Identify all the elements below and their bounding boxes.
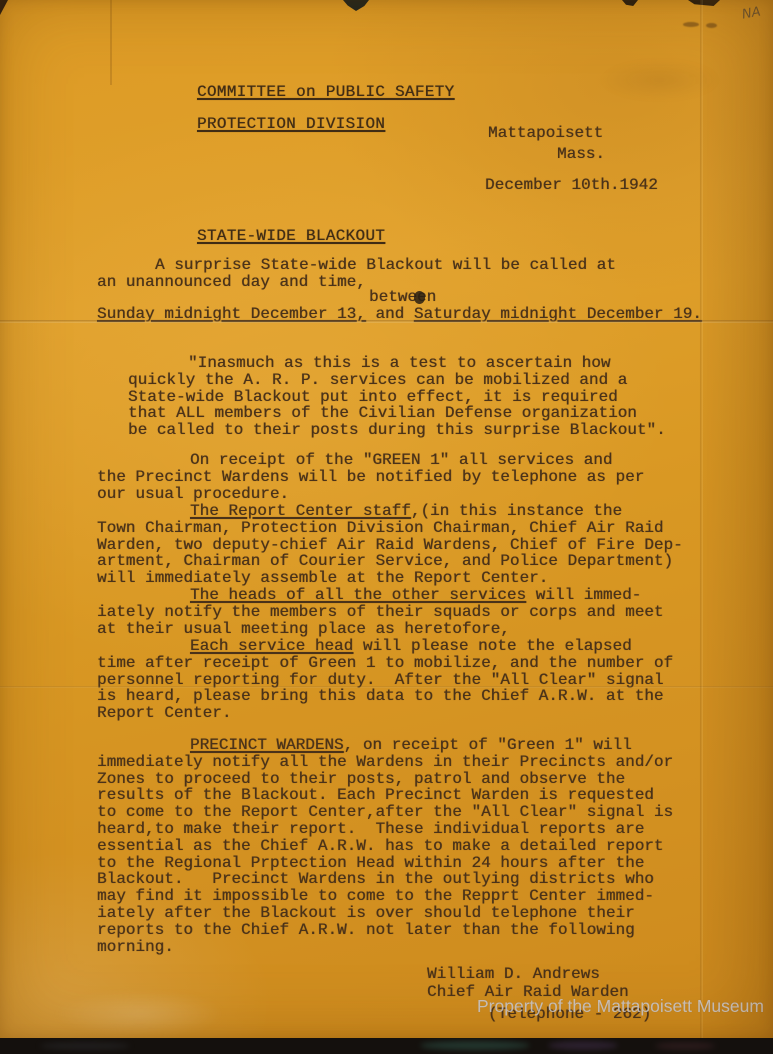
- handwritten-annotation: NA: [741, 4, 762, 22]
- paragraph-precinct-wardens: PRECINCT WARDENS, on receipt of "Green 1…: [97, 737, 737, 955]
- paper-crease-vertical-left: [110, 0, 112, 85]
- blackout-window-line: Sunday midnight December 13, and Saturda…: [97, 306, 702, 323]
- paragraph-service-heads: The heads of all the other services will…: [97, 587, 737, 637]
- report-center-lead: The Report Center staff: [190, 502, 411, 520]
- service-head-note-rest: will please note the elapsed time after …: [97, 637, 673, 722]
- date-line: December 10th.1942: [485, 177, 658, 194]
- paragraph-report-center: The Report Center staff,(in this instanc…: [97, 503, 737, 587]
- paragraph-green1: On receipt of the "GREEN 1" all services…: [97, 452, 737, 502]
- paper-tear-top-center: [343, 0, 369, 11]
- scan-artifact-red: [655, 1042, 715, 1050]
- paper-tear-top-left: [0, 0, 8, 15]
- precinct-wardens-rest: , on receipt of "Green 1" will immediate…: [97, 736, 673, 956]
- precinct-wardens-lead: PRECINCT WARDENS: [190, 736, 344, 754]
- document-page: COMMITTEE on PUBLIC SAFETY PROTECTION DI…: [0, 0, 773, 1038]
- signature-name: William D. Andrews: [427, 965, 600, 983]
- insertion-between: between: [369, 289, 436, 306]
- location-state: Mass.: [557, 146, 605, 163]
- ink-smudge-2: [706, 23, 717, 28]
- location-city: Mattapoisett: [488, 125, 603, 142]
- paragraph-quote: "Inasmuch as this is a test to ascertain…: [128, 355, 688, 439]
- scan-edge-bottom: [0, 1038, 773, 1054]
- scan-artifact-purple: [548, 1041, 618, 1050]
- paper-stain-bottom-left: [55, 990, 225, 1038]
- service-heads-lead: The heads of all the other services: [190, 586, 526, 604]
- paragraph-service-head-note: Each service head will please note the e…: [97, 638, 737, 722]
- paper-tear-top-right-small: [622, 0, 638, 6]
- window-end: Saturday midnight December 19.: [414, 305, 702, 323]
- scan-background: { "header": { "committee": "COMMITTEE on…: [0, 0, 773, 1054]
- scan-artifact-green: [420, 1041, 530, 1050]
- service-head-note-lead: Each service head: [190, 637, 353, 655]
- paragraph-intro: A surprise State-wide Blackout will be c…: [97, 257, 737, 291]
- ink-blot: [414, 291, 425, 304]
- heading-committee: COMMITTEE on PUBLIC SAFETY: [197, 84, 454, 101]
- ink-smudge-1: [683, 22, 699, 27]
- window-start: Sunday midnight December 13,: [97, 305, 366, 323]
- scan-artifact-gray: [40, 1042, 130, 1050]
- document-title: STATE-WIDE BLACKOUT: [197, 228, 385, 245]
- paper-stain-top-right: [600, 60, 720, 100]
- window-separator: and: [366, 305, 414, 323]
- heading-division: PROTECTION DIVISION: [197, 116, 385, 133]
- museum-watermark: Property of the Mattapoisett Museum: [477, 996, 764, 1017]
- paper-tear-top-right: [688, 0, 720, 6]
